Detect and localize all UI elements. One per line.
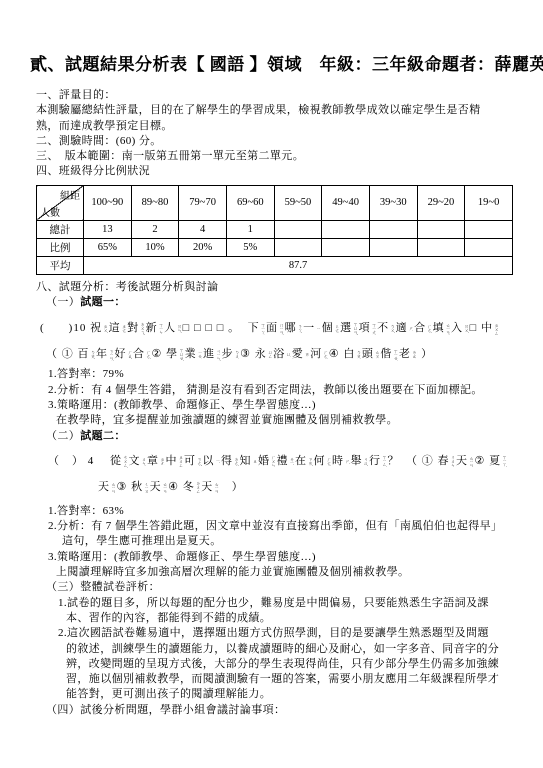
corner-label-range: 組距 <box>60 187 80 202</box>
ruby-char: 百ㄅㄞˇ <box>78 341 97 367</box>
zhuyin-annotation: ㄏㄜˊ <box>323 350 328 359</box>
zhuyin-annotation: ㄅㄨˋ <box>235 350 240 359</box>
ruby-char: 不ㄅㄨˋ <box>377 315 396 341</box>
overall-review-line: 2.這次國語試卷難易適中，選擇題出題方式仿照學測，目的是要讓學生熟悉題型及問題 <box>36 626 516 641</box>
diagonal-header-cell: 組距 人數 <box>37 185 84 220</box>
text-run: （ ） 4 <box>48 455 110 467</box>
score-range-header: 39~30 <box>369 185 417 220</box>
score-range-header: 49~40 <box>322 185 370 220</box>
zhuyin-annotation: ㄎㄜˇ <box>197 457 202 466</box>
purpose-paragraph-line: 本測驗屬總結性評量，目的在了解學生的學習成果，檢視教師教學成效以確定學生是否精 <box>36 103 516 118</box>
zhuyin-annotation: ㄉㄨㄥ <box>196 481 201 493</box>
score-value-cell <box>369 220 417 238</box>
ruby-char: 文ㄨㄣˊ <box>129 448 148 474</box>
average-row: 平均 87.7 <box>37 256 513 274</box>
row-label-cell: 比例 <box>37 238 84 256</box>
score-value-cell: 5% <box>226 238 274 256</box>
ruby-char: 可ㄎㄜˇ <box>184 448 203 474</box>
zhuyin-annotation: ㄊㄧㄢ <box>214 482 219 493</box>
q1-correct-rate: 1.答對率：79% <box>36 367 516 382</box>
zhuyin-annotation: ㄅㄞˇ <box>91 350 96 359</box>
section-8-heading: 八、試題分析：考後試題分析與討論 <box>36 280 516 295</box>
score-value-cell <box>274 238 322 256</box>
ruby-char: 冬ㄉㄨㄥ <box>183 474 202 500</box>
ruby-char: 章ㄓㄤ <box>147 448 166 474</box>
zhuyin-annotation: ㄊㄧㄢ <box>163 482 168 493</box>
zhuyin-annotation: ㄏㄜˊ <box>146 350 151 359</box>
score-value-cell <box>322 220 370 238</box>
ruby-char: 浴ㄩˋ <box>273 341 292 367</box>
overall-review-line: 習，施以個別補救教學，而閱讀測驗有一題的答案，需要小朋友應用二年級課程所學才 <box>36 672 516 687</box>
zhuyin-annotation: ㄏㄜˊ <box>327 457 332 466</box>
overall-review-line: 1.試卷的題目多，所以每題的配分也少，難易度是中間偏易，只要能熟悉生字語詞及課 <box>36 596 516 611</box>
ruby-char: 在ㄗㄞˋ <box>295 448 314 474</box>
average-value-cell: 87.7 <box>84 256 513 274</box>
zhuyin-annotation: ㄓㄜˋ <box>122 324 127 333</box>
score-range-header: 69~60 <box>226 185 274 220</box>
zhuyin-annotation: ㄓㄨㄥ <box>179 455 184 467</box>
section-3-scope: 三、 版本範圍：南一版第五冊第一單元至第二單元。 <box>36 149 516 164</box>
ruby-char: 愛ㄞˋ <box>292 341 311 367</box>
zhuyin-annotation: ㄕˋ <box>409 326 414 331</box>
zhuyin-annotation: ㄗㄞˋ <box>308 457 313 466</box>
row-label-cell: 總計 <box>37 220 84 238</box>
text-run: □ <box>470 322 481 334</box>
text-run: ④ <box>168 481 183 493</box>
overall-review-line: 辨，改變問題的呈現方式後，大部分的學生表現得尚佳，只有少部分學生仍需多加強練 <box>36 657 516 672</box>
zhuyin-annotation: ㄓㄤ <box>160 457 165 465</box>
score-value-cell: 2 <box>131 220 179 238</box>
ruby-char: 年ㄋㄧㄢˊ <box>96 341 115 367</box>
zhuyin-annotation: ㄏㄨㄣ <box>271 455 276 467</box>
score-distribution-table: 組距 人數 100~9089~8079~7069~6059~5049~4039~… <box>36 185 513 275</box>
zhuyin-annotation: ㄊㄧㄢ <box>469 456 474 467</box>
ruby-char: 面ㄇㄧㄢˋ <box>266 315 285 341</box>
score-value-cell: 65% <box>84 238 132 256</box>
ruby-char: 行ㄒㄧㄥˊ <box>369 448 388 474</box>
question-10-text: ( )10 祝ㄓㄨˋ這ㄓㄜˋ對ㄉㄨㄟˋ新ㄒㄧㄣ人ㄖㄣˊ□ □ □ □ 。 下ㄒㄧ… <box>36 315 516 341</box>
ruby-char: 業ㄧㄝˋ <box>185 341 204 367</box>
section-4-heading: 四、班級得分比例狀況 <box>36 164 516 179</box>
score-value-cell <box>274 220 322 238</box>
zhuyin-annotation: ㄉㄨㄟˋ <box>140 322 145 335</box>
ruby-char: 得ㄉㄜˊ <box>221 448 240 474</box>
document-title: 貳、試題結果分析表【 國語 】領域 年級：三年級命題者：薛麗英 <box>30 50 516 75</box>
text-run: ② <box>152 348 167 360</box>
ruby-char: 天ㄊㄧㄢ <box>150 474 169 500</box>
q1-analysis: 2.分析：有 4 個學生答錯， 猜測是沒有看到否定問法，教師以後出題要在下面加標… <box>36 383 516 398</box>
score-value-cell: 4 <box>179 220 227 238</box>
score-value-cell <box>322 238 370 256</box>
score-range-header: 100~90 <box>84 185 132 220</box>
ruby-char: 天ㄊㄧㄢ <box>98 474 117 500</box>
zhuyin-annotation: ㄒㄧㄣ <box>159 323 164 334</box>
zhuyin-annotation: ㄔㄨㄣ <box>451 455 456 467</box>
question-10-options: （ ① 百ㄅㄞˇ年ㄋㄧㄢˊ好ㄏㄠˇ合ㄏㄜˊ② 學ㄒㄩㄝˊ業ㄧㄝˋ進ㄐㄧㄣˋ步ㄅㄨ… <box>36 341 516 367</box>
document-page: 貳、試題結果分析表【 國語 】領域 年級：三年級命題者：薛麗英 一、評量目的：本… <box>0 0 543 768</box>
text-run: ④ <box>329 348 344 360</box>
q2-analysis-line: 這句，學生應可推理出是夏天。 <box>36 534 516 549</box>
zhuyin-annotation: ㄏㄠˇ <box>128 350 133 359</box>
ruby-char: 秋ㄑㄧㄡ <box>131 474 150 500</box>
zhuyin-annotation: ㄕˊ <box>345 459 350 464</box>
zhuyin-annotation: ㄅㄨˋ <box>390 324 395 333</box>
zhuyin-annotation: ㄒㄧㄥˊ <box>382 455 387 467</box>
ruby-char: 頭ㄊㄡˊ <box>362 341 381 367</box>
zhuyin-annotation: ㄒㄧㄤˋ <box>372 323 377 335</box>
zhuyin-annotation: ㄒㄧㄝˊ <box>393 349 398 361</box>
q2-strategy-heading: 3.策略運用：(教師教學、命題修正、學生學習態度…) <box>36 550 516 565</box>
zhuyin-annotation: ㄧㄝˋ <box>198 351 203 359</box>
zhuyin-annotation: ㄓㄨˋ <box>103 324 108 333</box>
text-run: （一） <box>46 296 80 308</box>
zhuyin-annotation: ㄌㄠˇ <box>412 350 417 359</box>
score-value-cell <box>417 238 465 256</box>
ruby-char: 禮ㄌㄧˇ <box>277 448 296 474</box>
intro-section: 一、評量目的：本測驗屬總結性評量，目的在了解學生的學習成果，檢視教師教學成效以確… <box>36 88 516 180</box>
ruby-char: 何ㄏㄜˊ <box>314 448 333 474</box>
ruby-char: 哪ㄋㄚˇ <box>285 315 304 341</box>
ruby-char: 以ㄧˇ <box>203 448 222 474</box>
text-run: （二） <box>46 430 80 442</box>
ruby-char: 中ㄓㄨㄥ <box>166 448 185 474</box>
section-overall-review-heading: （三）整體試卷評析： <box>36 580 516 595</box>
score-value-cell: 10% <box>131 238 179 256</box>
ruby-char: 祝ㄓㄨˋ <box>90 315 109 341</box>
ruby-char: 夏ㄒㄧㄚˋ <box>489 448 508 474</box>
ruby-char: 一ㄧ <box>303 315 322 341</box>
q2-strategy-text: 上閱讀理解時宜多加強高層次理解的能力並實施團體及個別補救教學。 <box>36 565 516 580</box>
zhuyin-annotation: ㄒㄩㄝˊ <box>179 348 184 361</box>
ruby-char: 選ㄒㄩㄢˇ <box>340 315 359 341</box>
score-value-cell <box>417 220 465 238</box>
ruby-char: 偕ㄒㄧㄝˊ <box>380 341 399 367</box>
text-run: ？ （ ① <box>388 455 438 467</box>
zhuyin-annotation: ㄋㄚˇ <box>298 324 303 333</box>
score-table-body: 組距 人數 100~9089~8079~7069~6059~5049~4039~… <box>37 185 513 274</box>
ruby-char: 婚ㄏㄨㄣ <box>258 448 277 474</box>
score-table-row: 總計13241 <box>37 220 513 238</box>
ruby-char: 填ㄊㄧㄢˊ <box>433 315 452 341</box>
zhuyin-annotation: ㄅㄞˊ <box>356 350 361 359</box>
bold-text-run: 試題二： <box>80 430 126 442</box>
ruby-char: 入ㄖㄨˋ <box>451 315 470 341</box>
score-range-header: 29~20 <box>417 185 465 220</box>
zhuyin-annotation: ㄑㄧㄡ <box>144 482 149 493</box>
ruby-char: 合ㄏㄜˊ <box>414 315 433 341</box>
q1-strategy-text: 在教學時，宜多提醒並加強讀題的練習並實施團體及個別補救教學。 <box>36 413 516 428</box>
q2-correct-rate: 1.答對率：63% <box>36 504 516 519</box>
zhuyin-annotation: ㄌㄧˇ <box>290 457 295 465</box>
q2-analysis-line: 2.分析：有 7 個學生答錯此題，因文章中並沒有直接寫出季節，但有「南風伯伯也起… <box>36 519 516 534</box>
ruby-char: 步ㄅㄨˋ <box>222 341 241 367</box>
bold-text-run: 試題一： <box>80 296 126 308</box>
score-range-header: 59~50 <box>274 185 322 220</box>
score-value-cell <box>369 238 417 256</box>
zhuyin-annotation: ㄩˋ <box>286 352 291 357</box>
text-run: ③ <box>240 348 255 360</box>
score-table-header-row: 組距 人數 100~9089~8079~7069~6059~5049~4039~… <box>37 185 513 220</box>
purpose-paragraph-line: 熟，而達成教學預定目標。 <box>36 119 516 134</box>
zhuyin-annotation: ㄋㄧㄢˊ <box>109 349 114 361</box>
zhuyin-annotation: ㄞˋ <box>305 352 310 357</box>
score-value-cell <box>465 220 513 238</box>
text-run: ③ <box>117 481 132 493</box>
ruby-char: 適ㄕˋ <box>396 315 415 341</box>
text-run: ） <box>417 348 433 360</box>
zhuyin-annotation: ㄉㄜˊ <box>234 457 239 466</box>
score-range-header: 19~0 <box>465 185 513 220</box>
zhuyin-annotation: ㄊㄧㄢ <box>111 482 116 493</box>
zhuyin-annotation: ㄩㄥˇ <box>268 350 273 359</box>
score-value-cell <box>465 238 513 256</box>
zhuyin-annotation: ㄒㄧㄚˋ <box>502 455 507 467</box>
zhuyin-annotation: ㄧ <box>316 327 321 330</box>
ruby-char: 春ㄔㄨㄣ <box>438 448 457 474</box>
zhuyin-annotation: ㄊㄧㄢˊ <box>446 323 451 335</box>
ruby-char: 時ㄕˊ <box>332 448 351 474</box>
section-post-test-heading: （四）試後分析問題，學群小組會議討論事項： <box>36 703 516 718</box>
ruby-char: 知ㄓ <box>240 448 259 474</box>
zhuyin-annotation: ㄐㄩˇ <box>364 457 369 466</box>
zhuyin-annotation: ㄊㄡˊ <box>375 350 380 359</box>
zhuyin-annotation: ㄓㄨㄥ <box>494 323 499 335</box>
score-value-cell: 20% <box>179 238 227 256</box>
text-run: ） <box>220 481 244 493</box>
ruby-char: 永ㄩㄥˇ <box>255 341 274 367</box>
score-value-cell: 1 <box>226 220 274 238</box>
document-content: 貳、試題結果分析表【 國語 】領域 年級：三年級命題者：薛麗英 一、評量目的：本… <box>36 50 516 718</box>
ruby-char: 好ㄏㄠˇ <box>115 341 134 367</box>
analysis-section: 八、試題分析：考後試題分析與討論（一）試題一：( )10 祝ㄓㄨˋ這ㄓㄜˋ對ㄉㄨ… <box>36 280 516 718</box>
ruby-char: 從ㄘㄨㄥˊ <box>110 448 129 474</box>
zhuyin-annotation: ㄖㄨˋ <box>464 324 469 333</box>
zhuyin-annotation: ㄏㄜˊ <box>427 324 432 333</box>
zhuyin-annotation: ㄘㄨㄥˊ <box>123 455 128 468</box>
ruby-char: 人ㄖㄣˊ <box>164 315 183 341</box>
score-range-header: 79~70 <box>179 185 227 220</box>
question-4-text: （ ） 4 從ㄘㄨㄥˊ文ㄨㄣˊ章ㄓㄤ中ㄓㄨㄥ可ㄎㄜˇ以ㄧˇ得ㄉㄜˊ知ㄓ婚ㄏㄨㄣ禮… <box>36 448 516 474</box>
zhuyin-annotation: ㄍㄜˋ <box>335 324 340 333</box>
ruby-char: 河ㄏㄜˊ <box>310 341 329 367</box>
ruby-char: 天ㄊㄧㄢ <box>201 474 220 500</box>
ruby-char: 天ㄊㄧㄢ <box>456 448 475 474</box>
corner-label-count: 人數 <box>40 204 60 219</box>
score-table-row: 比例65%10%20%5% <box>37 238 513 256</box>
zhuyin-annotation: ㄐㄧㄣˋ <box>216 349 221 361</box>
ruby-char: 老ㄌㄠˇ <box>399 341 418 367</box>
section-2-test-time: 二、測驗時間：(60) 分。 <box>36 134 516 149</box>
ruby-char: 進ㄐㄧㄣˋ <box>203 341 222 367</box>
zhuyin-annotation: ㄓ <box>253 459 258 463</box>
score-value-cell: 13 <box>84 220 132 238</box>
zhuyin-annotation: ㄖㄣˊ <box>177 324 182 333</box>
zhuyin-annotation: ㄒㄧㄚˋ <box>261 323 266 335</box>
text-run: □ □ □ □ 。 <box>183 322 248 334</box>
question-2-subheading: （二）試題二： <box>36 429 516 444</box>
ruby-char: 舉ㄐㄩˇ <box>351 448 370 474</box>
ruby-char: 學ㄒㄩㄝˊ <box>166 341 185 367</box>
zhuyin-annotation: ㄒㄩㄢˇ <box>353 322 358 335</box>
ruby-char: 合ㄏㄜˊ <box>133 341 152 367</box>
ruby-char: 白ㄅㄞˊ <box>343 341 362 367</box>
question-1-subheading: （一）試題一： <box>36 295 516 310</box>
text-run: （ ① <box>46 348 78 360</box>
zhuyin-annotation: ㄨㄣˊ <box>142 457 147 466</box>
overall-review-line: 能答對，更可測出孩子的閱讀理解能力。 <box>36 687 516 702</box>
ruby-char: 中ㄓㄨㄥ <box>481 315 500 341</box>
ruby-char: 這ㄓㄜˋ <box>109 315 128 341</box>
zhuyin-annotation: ㄇㄧㄢˋ <box>279 323 284 335</box>
text-run: ( )10 <box>40 322 90 334</box>
average-label-cell: 平均 <box>37 256 84 274</box>
ruby-char: 對ㄉㄨㄟˋ <box>127 315 146 341</box>
ruby-char: 下ㄒㄧㄚˋ <box>248 315 267 341</box>
ruby-char: 個ㄍㄜˋ <box>322 315 341 341</box>
question-4-text-continued: 天ㄊㄧㄢ③ 秋ㄑㄧㄡ天ㄊㄧㄢ④ 冬ㄉㄨㄥ天ㄊㄧㄢ ） <box>36 474 516 500</box>
zhuyin-annotation: ㄧˇ <box>216 459 221 463</box>
overall-review-line: 的敘述，訓練學生的讀題能力，以養成讀題時的細心及耐心，如一字多音、同音字的分 <box>36 642 516 657</box>
section-1-heading: 一、評量目的： <box>36 88 516 103</box>
q1-strategy-heading: 3.策略運用：(教師教學、命題修正、學生學習態度…) <box>36 398 516 413</box>
ruby-char: 新ㄒㄧㄣ <box>146 315 165 341</box>
text-run: ② <box>475 455 490 467</box>
score-range-header: 89~80 <box>131 185 179 220</box>
overall-review-line: 本、習作的內容，都能得到不錯的成績。 <box>36 611 516 626</box>
ruby-char: 項ㄒㄧㄤˋ <box>359 315 378 341</box>
